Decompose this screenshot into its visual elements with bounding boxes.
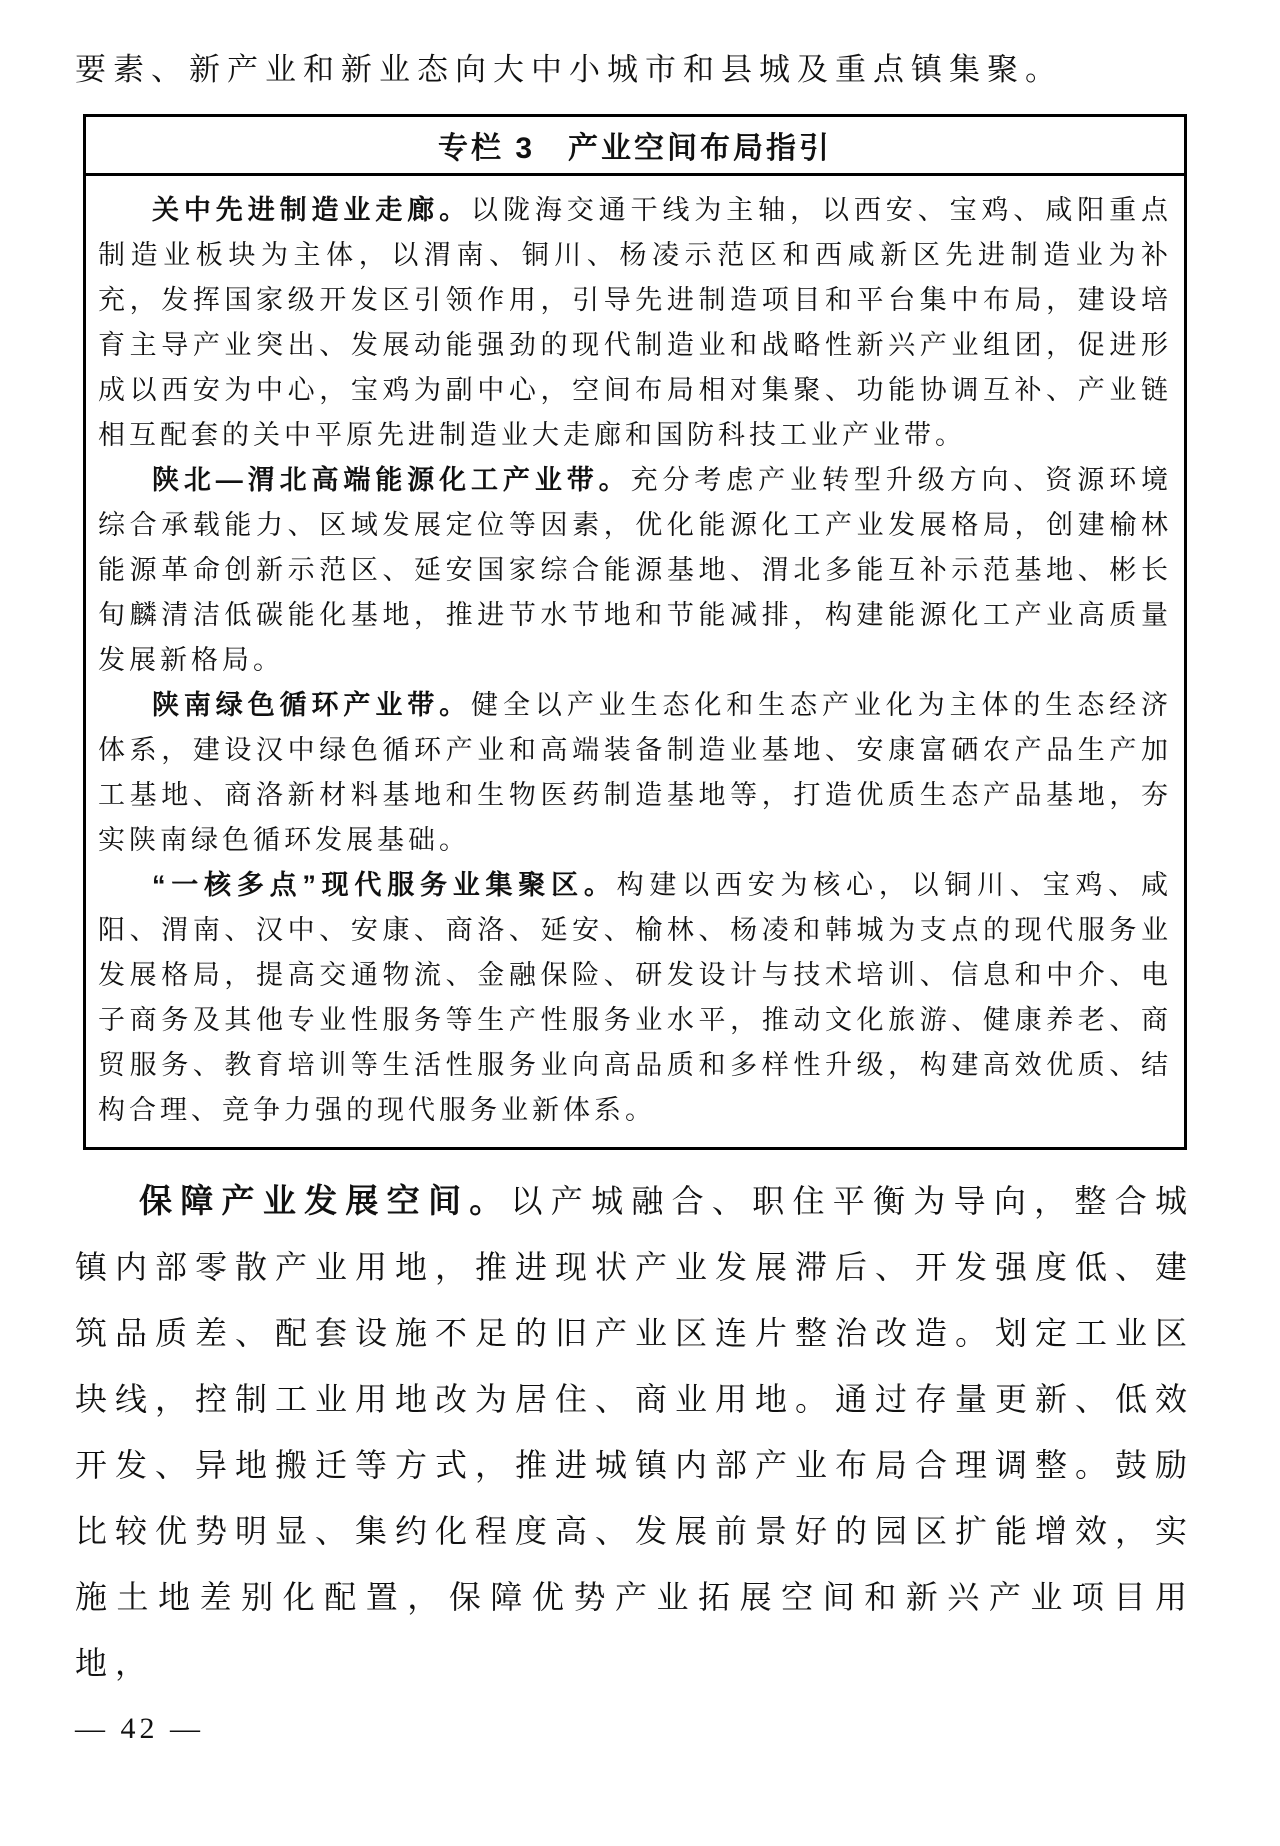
paragraph-lead: 保障产业发展空间。 bbox=[139, 1182, 511, 1219]
box-paragraph: 陕北—渭北高端能源化工产业带。充分考虑产业转型升级方向、资源环境综合承载能力、区… bbox=[98, 458, 1172, 683]
paragraph-lead: “一核多点”现代服务业集聚区。 bbox=[152, 870, 617, 900]
intro-paragraph-line: 要素、新产业和新业态向大中小城市和县城及重点镇集聚。 bbox=[75, 48, 1195, 92]
paragraph-text: 构建以西安为核心，以铜川、宝鸡、咸阳、渭南、汉中、安康、商洛、延安、榆林、杨凌和… bbox=[98, 870, 1172, 1125]
paragraph-lead: 陕北—渭北高端能源化工产业带。 bbox=[152, 465, 631, 495]
callout-box: 专栏 3 产业空间布局指引 关中先进制造业走廊。以陇海交通干线为主轴，以西安、宝… bbox=[83, 114, 1187, 1150]
paragraph-text: 充分考虑产业转型升级方向、资源环境综合承载能力、区域发展定位等因素，优化能源化工… bbox=[98, 465, 1172, 675]
paragraph-text: 以产城融合、职住平衡为导向，整合城镇内部零散产业用地，推进现状产业发展滞后、开发… bbox=[75, 1183, 1195, 1681]
callout-box-body: 关中先进制造业走廊。以陇海交通干线为主轴，以西安、宝鸡、咸阳重点制造业板块为主体… bbox=[86, 176, 1184, 1147]
box-paragraph: 陕南绿色循环产业带。健全以产业生态化和生态产业化为主体的生态经济体系，建设汉中绿… bbox=[98, 683, 1172, 863]
box-paragraph: 关中先进制造业走廊。以陇海交通干线为主轴，以西安、宝鸡、咸阳重点制造业板块为主体… bbox=[98, 188, 1172, 458]
body-paragraph: 保障产业发展空间。以产城融合、职住平衡为导向，整合城镇内部零散产业用地，推进现状… bbox=[75, 1168, 1195, 1696]
paragraph-lead: 关中先进制造业走廊。 bbox=[152, 195, 471, 225]
paragraph-text: 以陇海交通干线为主轴，以西安、宝鸡、咸阳重点制造业板块为主体，以渭南、铜川、杨凌… bbox=[98, 195, 1172, 450]
callout-box-title: 专栏 3 产业空间布局指引 bbox=[86, 117, 1184, 176]
paragraph-lead: 陕南绿色循环产业带。 bbox=[152, 690, 471, 720]
page-number: — 42 — bbox=[75, 1712, 204, 1746]
document-page: 要素、新产业和新业态向大中小城市和县城及重点镇集聚。 专栏 3 产业空间布局指引… bbox=[75, 48, 1195, 1696]
box-paragraph: “一核多点”现代服务业集聚区。构建以西安为核心，以铜川、宝鸡、咸阳、渭南、汉中、… bbox=[98, 863, 1172, 1133]
